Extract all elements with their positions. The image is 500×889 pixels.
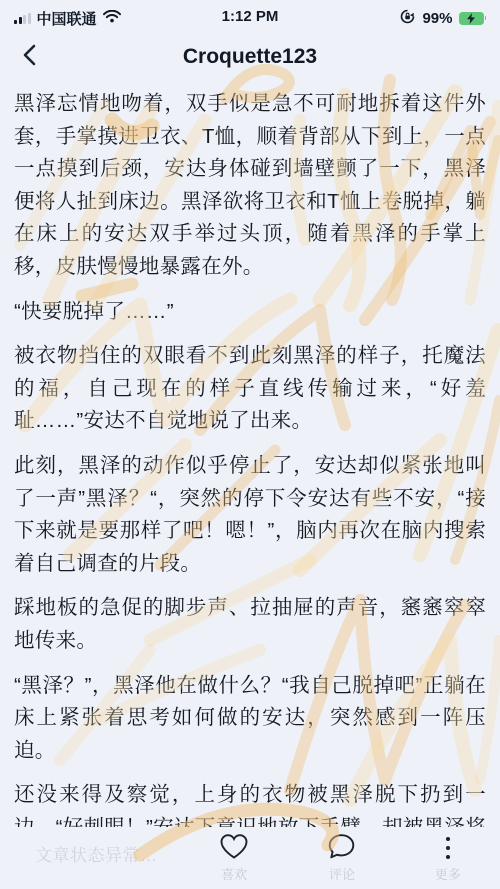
story-paragraph: 黑泽忘情地吻着，双手似是急不可耐地拆着这件外套，手掌摸进卫衣、T恤，顺着背部从下… bbox=[14, 88, 486, 284]
more-label: 更多 bbox=[435, 864, 461, 883]
orientation-lock-icon bbox=[399, 8, 416, 29]
article-status-text: 文章状态异常… bbox=[35, 841, 158, 866]
story-text: 黑泽忘情地吻着，双手似是急不可耐地拆着这件外套，手掌摸进卫衣、T恤，顺着背部从下… bbox=[0, 80, 500, 877]
chevron-left-icon bbox=[23, 44, 36, 71]
vertical-dots-icon bbox=[446, 831, 451, 861]
back-button[interactable] bbox=[14, 42, 44, 72]
page-title: Croquette123 bbox=[0, 45, 500, 69]
carrier-label: 中国联通 bbox=[37, 8, 97, 29]
story-paragraph: 踩地板的急促的脚步声、拉抽屉的声音，窸窸窣窣地传来。 bbox=[14, 592, 486, 657]
story-paragraph: “快要脱掉了……” bbox=[14, 296, 486, 329]
like-button[interactable]: 喜欢 bbox=[219, 827, 249, 883]
battery-charging-icon bbox=[459, 12, 487, 25]
heart-outline-icon bbox=[219, 831, 249, 861]
story-paragraph: 此刻，黑泽的动作似乎停止了，安达却似紧张地叫了一声”黑泽？“，突然的停下令安达有… bbox=[14, 450, 486, 580]
cellular-signal-icon bbox=[14, 13, 31, 24]
bottom-toolbar: 文章状态异常… 喜欢 评论 更多 bbox=[0, 827, 500, 889]
comment-bubble-icon bbox=[327, 831, 356, 861]
like-label: 喜欢 bbox=[221, 864, 247, 883]
comment-label: 评论 bbox=[329, 864, 355, 883]
more-button[interactable]: 更多 bbox=[435, 827, 461, 883]
status-bar: 中国联通 1:12 PM 99% bbox=[0, 0, 500, 34]
wifi-icon bbox=[103, 10, 121, 27]
comment-button[interactable]: 评论 bbox=[327, 827, 356, 883]
nav-bar: Croquette123 bbox=[0, 34, 500, 80]
story-paragraph: 被衣物挡住的双眼看不到此刻黑泽的样子，托魔法的福，自己现在的样子直线传输过来，“… bbox=[14, 340, 486, 438]
battery-percent: 99% bbox=[422, 10, 452, 27]
story-paragraph: “黑泽？”，黑泽他在做什么？“我自己脱掉吧”正躺在床上紧张着思考如何做的安达，突… bbox=[14, 670, 486, 768]
